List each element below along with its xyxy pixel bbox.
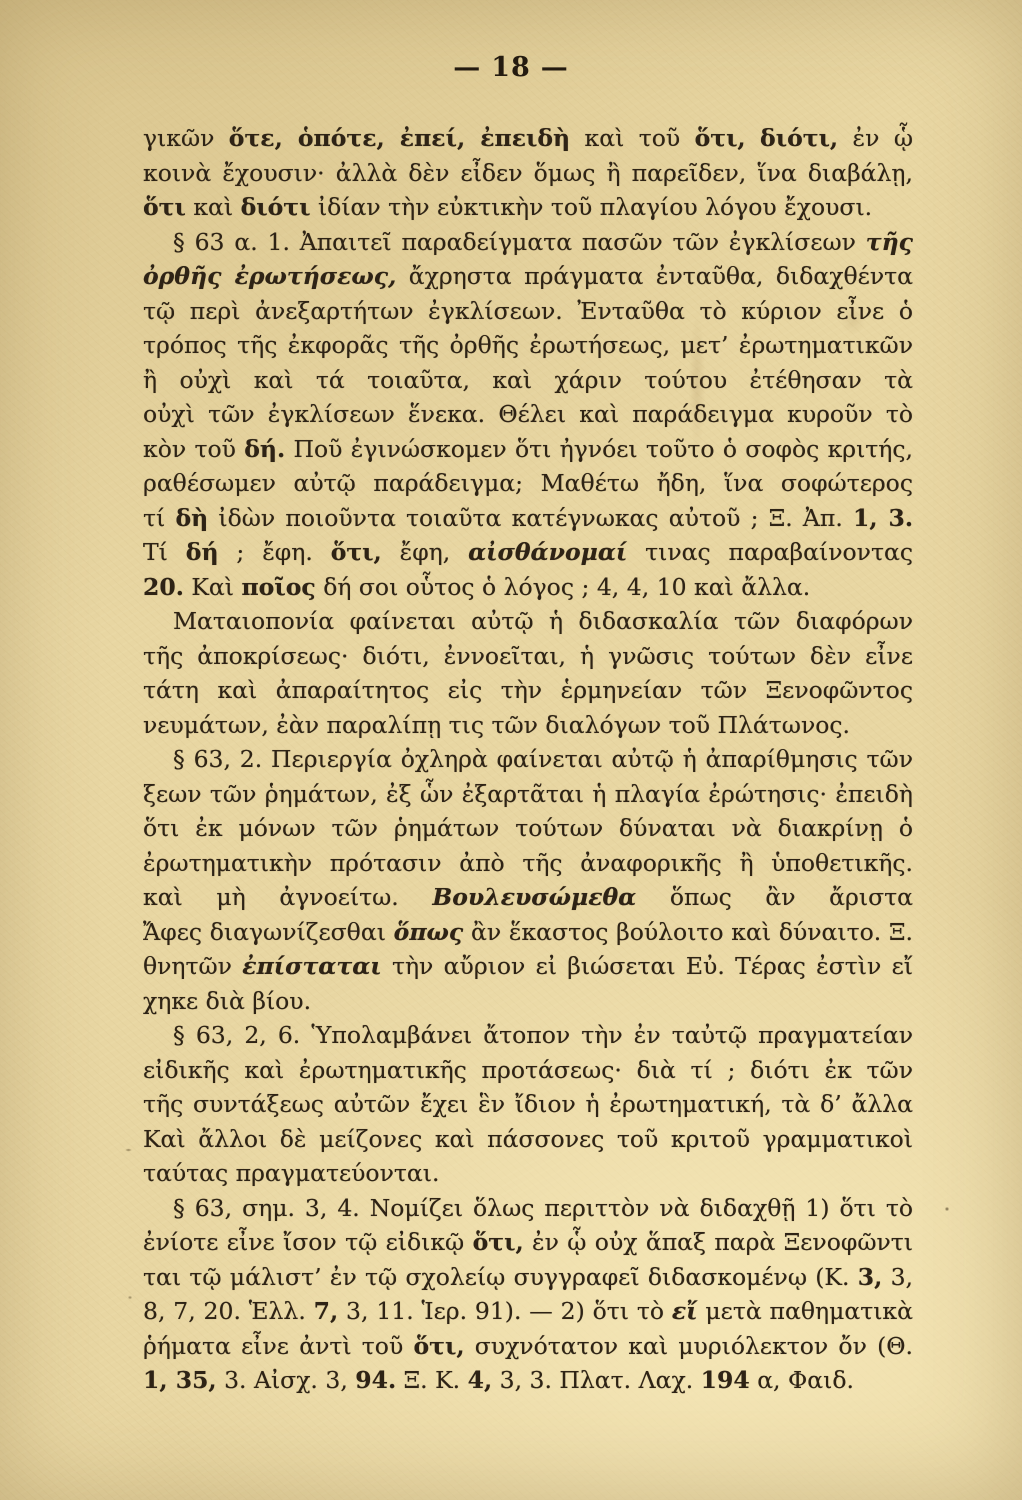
emphasized-text: αἰσθάνομαί [468,538,627,566]
emphasized-text: 94. [355,1366,396,1394]
text-line: 8, 7, 20. Ἑλλ. 7, 3, 11. Ἱερ. 91). — 2) … [143,1294,913,1329]
page-number: 18 [491,52,531,83]
text-line: ὅτι καὶ διότι ἰδίαν τὴν εὐκτικὴν τοῦ πλα… [143,190,913,225]
text-line: ὅτι ἐκ μόνων τῶν ῥημάτων τούτων δύναται … [143,811,913,846]
text-segment: καὶ μὴ ἀγνοείτω. [143,883,432,911]
text-line: § 63, σημ. 3, 4. Νομίζει ὅλως περιττὸν ν… [143,1191,913,1226]
text-line: Ἄφες διαγωνίζεσθαι ὅπως ἂν ἕκαστος βούλο… [143,915,913,950]
emphasized-text: ὅτι, [413,1332,464,1360]
text-segment: Ξ. Κ. [396,1366,467,1394]
text-line: Ματαιοπονία φαίνεται αὐτῷ ἡ διδασκαλία τ… [143,604,913,639]
text-line: νευμάτων, ἐὰν παραλίπῃ τις τῶν διαλόγων … [143,708,913,743]
text-segment: ἐνίοτε εἶνε ἴσον τῷ εἰδικῷ [143,1228,473,1256]
text-segment: ; ἔφη. [219,538,331,566]
text-segment: ται τῷ μάλιστ’ ἐν τῷ σχολείῳ συγγραφεῖ δ… [143,1263,858,1291]
text-segment: μετὰ παθηματικὰ [698,1297,913,1325]
paragraph: γικῶν ὅτε, ὁπότε, ἐπεί, ἐπειδὴ καὶ τοῦ ὅ… [143,121,913,225]
text-segment: δή σοι οὗτος ὁ λόγος ; 4, 4, 10 καὶ ἄλλα… [316,573,811,601]
text-segment: τάτη καὶ ἀπαραίτητος εἰς τὴν ἑρμηνείαν τ… [143,676,913,708]
emphasized-text: 4, [468,1366,493,1394]
text-segment: Ἄφες διαγωνίζεσθαι [143,918,394,946]
emphasized-text: εἴ [672,1297,698,1325]
text-line: ταύτας πραγματεύονται. [143,1156,913,1191]
text-segment: ὅτι ἐκ μόνων τῶν ῥημάτων τούτων δύναται … [143,814,913,846]
text-line: χηκε διὰ βίου. [143,984,913,1019]
text-segment: Τί [143,538,186,566]
text-segment: 3, [882,1263,913,1291]
emphasized-text: ὅτι [143,193,186,221]
text-segment: οὐχὶ τῶν ἐγκλίσεων ἕνεκα. Θέλει καὶ παρά… [143,400,913,432]
text-segment: ἰδίαν τὴν εὐκτικὴν τοῦ πλαγίου λόγου ἔχο… [310,193,872,221]
text-line: τί δὴ ἰδὼν ποιοῦντα τοιαῦτα κατέγνωκας α… [143,501,913,536]
emphasized-text: δή [186,538,219,566]
text-segment: τῆς συντάξεως αὐτῶν ἔχει ἓν ἴδιον ἡ ἐρωτ… [143,1090,913,1122]
emphasized-text: 194 [701,1366,750,1394]
emphasized-text: ποῖος [241,573,315,601]
book-page: —18— γικῶν ὅτε, ὁπότε, ἐπεί, ἐπειδὴ καὶ … [0,0,1022,1500]
text-segment: θνητῶν [143,952,242,980]
text-line: ἐνίοτε εἶνε ἴσον τῷ εἰδικῷ ὅτι, ἐν ᾧ οὐχ… [143,1225,913,1260]
text-segment: § 63, 2, 6. Ὑπολαμβάνει ἄτοπον τὴν ἐν τα… [143,1021,913,1053]
text-line: ραθέσωμεν αὐτῷ παράδειγμα; Μαθέτω ἤδη, ἵ… [143,466,913,501]
emphasized-text: ὀρθῆς ἐρωτήσεως, [143,262,396,290]
text-segment: τῆς ἀποκρίσεως· διότι, ἐννοεῖται, ἡ γνῶσ… [143,642,913,674]
text-line: ὀρθῆς ἐρωτήσεως, ἄχρηστα πράγματα ἐνταῦθ… [143,259,913,294]
ink-speck [944,1206,950,1212]
paragraph: § 63, 2, 6. Ὑπολαμβάνει ἄτοπον τὴν ἐν τα… [143,1018,913,1191]
emphasized-text: Βουλευσώμεθα [432,883,636,911]
ink-speck [127,1295,133,1300]
text-block: γικῶν ὅτε, ὁπότε, ἐπεί, ἐπειδὴ καὶ τοῦ ὅ… [143,121,913,1398]
emphasized-text: ἐπίσταται [242,952,381,980]
emphasized-text: διότι [241,193,311,221]
text-line: τῆς ἀποκρίσεως· διότι, ἐννοεῖται, ἡ γνῶσ… [143,639,913,674]
text-segment: χηκε διὰ βίου. [143,987,311,1015]
emphasized-text: ὅτι, [695,124,746,152]
text-line: ἢ οὐχὶ καὶ τά τοιαῦτα, καὶ χάριν τούτου … [143,363,913,398]
text-segment: § 63, 2. Περιεργία ὀχληρὰ φαίνεται αὐτῷ … [143,745,913,777]
text-segment: γικῶν [143,124,229,152]
emphasized-text: 1, 35, [143,1366,217,1394]
text-line: εἰδικῆς καὶ ἐρωτηματικῆς προτάσεως· διὰ … [143,1053,913,1088]
emphasized-text: 3, [858,1263,883,1291]
text-line: ξεων τῶν ῥημάτων, ἐξ ὧν ἐξαρτᾶται ἡ πλαγ… [143,777,913,812]
text-segment: ραθέσωμεν αὐτῷ παράδειγμα; Μαθέτω ἤδη, ἵ… [143,469,913,501]
paragraph: § 63, σημ. 3, 4. Νομίζει ὅλως περιττὸν ν… [143,1191,913,1398]
text-line: τάτη καὶ ἀπαραίτητος εἰς τὴν ἑρμηνείαν τ… [143,673,913,708]
text-segment: Ματαιοπονία φαίνεται αὐτῷ ἡ διδασκαλία τ… [143,607,913,639]
text-segment: Καὶ ἄλλοι δὲ μείζονες καὶ πάσσονες τοῦ κ… [143,1125,913,1157]
text-line: § 63, 2, 6. Ὑπολαμβάνει ἄτοπον τὴν ἐν τα… [143,1018,913,1053]
text-line: καὶ μὴ ἀγνοείτω. Βουλευσώμεθα ὅπως ἂν ἄρ… [143,880,913,915]
text-line: κὸν τοῦ δή. Ποῦ ἐγινώσκομεν ὅτι ἠγνόει τ… [143,432,913,467]
text-line: 1, 35, 3. Αἰσχ. 3, 94. Ξ. Κ. 4, 3, 3. Πλ… [143,1363,913,1398]
text-line: γικῶν ὅτε, ὁπότε, ἐπεί, ἐπειδὴ καὶ τοῦ ὅ… [143,121,913,156]
text-line: τῷ περὶ ἀνεξαρτήτων ἐγκλίσεων. Ἐνταῦθα τ… [143,294,913,329]
text-line: Τί δή ; ἔφη. ὅτι, ἔφη, αἰσθάνομαί τινας … [143,535,913,570]
text-line: ῥήματα εἶνε ἀντὶ τοῦ ὅτι, συχνότατον καὶ… [143,1329,913,1364]
text-line: ται τῷ μάλιστ’ ἐν τῷ σχολείῳ συγγραφεῖ δ… [143,1260,913,1295]
text-segment: εἰδικῆς καὶ ἐρωτηματικῆς προτάσεως· διὰ … [143,1056,913,1088]
text-segment: ῥήματα εἶνε ἀντὶ τοῦ [143,1332,413,1360]
text-segment: ἔφη, [382,538,468,566]
text-segment: ταύτας πραγματεύονται. [143,1159,439,1187]
text-segment: ξεων τῶν ῥημάτων, ἐξ ὧν ἐξαρτᾶται ἡ πλαγ… [143,780,913,812]
emphasized-text: 7, [314,1297,339,1325]
header-dash-left: — [443,52,491,83]
emphasized-text: ὅτι, [473,1228,524,1256]
text-line: τρόπος τῆς ἐκφορᾶς τῆς ὀρθῆς ἐρωτήσεως, … [143,328,913,363]
text-segment: κοινὰ ἔχουσιν· ἀλλὰ δὲν εἶδεν ὅμως ἢ παρ… [143,159,913,187]
ink-speck [124,1148,133,1152]
emphasized-text: τῆς [866,228,913,256]
text-segment: 3. Αἰσχ. 3, [217,1366,356,1394]
text-segment [746,124,760,152]
text-segment: κὸν τοῦ [143,435,244,463]
text-segment: καὶ τοῦ [570,124,694,152]
text-segment: α, Φαιδ. [750,1366,854,1394]
text-segment: συχνότατον καὶ μυριόλεκτον ὄν (Θ. [465,1332,913,1360]
header-dash-right: — [531,52,579,83]
paragraph: Ματαιοπονία φαίνεται αὐτῷ ἡ διδασκαλία τ… [143,604,913,742]
text-segment: ἢ οὐχὶ καὶ τά τοιαῦτα, καὶ χάριν τούτου … [143,366,913,398]
text-line: τῆς συντάξεως αὐτῶν ἔχει ἓν ἴδιον ἡ ἐρωτ… [143,1087,913,1122]
text-line: θνητῶν ἐπίσταται τὴν αὔριον εἰ βιώσεται … [143,949,913,984]
page-header: —18— [0,52,1022,83]
text-line: ἐρωτηματικὴν πρότασιν ἀπὸ τῆς ἀναφορικῆς… [143,846,913,881]
emphasized-text: δή. [244,435,285,463]
text-segment: 3, 3. Πλατ. Λαχ. [492,1366,700,1394]
text-line: κοινὰ ἔχουσιν· ἀλλὰ δὲν εἶδεν ὅμως ἢ παρ… [143,156,913,191]
text-segment: νευμάτων, ἐὰν παραλίπῃ τις τῶν διαλόγων … [143,711,850,739]
text-segment: καὶ [186,193,241,221]
text-segment: Καὶ [184,573,242,601]
emphasized-text: δὴ [175,504,208,532]
text-line: § 63, 2. Περιεργία ὀχληρὰ φαίνεται αὐτῷ … [143,742,913,777]
text-line: Καὶ ἄλλοι δὲ μείζονες καὶ πάσσονες τοῦ κ… [143,1122,913,1157]
text-segment: τῷ περὶ ἀνεξαρτήτων ἐγκλίσεων. Ἐνταῦθα τ… [143,297,913,329]
text-segment: 8, 7, 20. Ἑλλ. [143,1297,314,1325]
paragraph: § 63 α. 1. Ἀπαιτεῖ παραδείγματα πασῶν τῶ… [143,225,913,605]
emphasized-text: ὅπως [394,918,464,946]
emphasized-text: ὅτε, ὁπότε, ἐπεί, ἐπειδὴ [229,124,570,152]
text-line: 20. Καὶ ποῖος δή σοι οὗτος ὁ λόγος ; 4, … [143,570,913,605]
text-segment: ἰδὼν ποιοῦντα τοιαῦτα κατέγνωκας αὐτοῦ ;… [208,504,853,532]
emphasized-text: ὅτι, [331,538,382,566]
text-line: § 63 α. 1. Ἀπαιτεῖ παραδείγματα πασῶν τῶ… [143,225,913,260]
text-segment: § 63 α. 1. Ἀπαιτεῖ παραδείγματα πασῶν τῶ… [173,228,866,256]
paragraph: § 63, 2. Περιεργία ὀχληρὰ φαίνεται αὐτῷ … [143,742,913,1018]
emphasized-text: 20. [143,573,184,601]
text-segment: 3, 11. Ἱερ. 91). — 2) ὅτι τὸ [338,1297,672,1325]
text-segment: τί [143,504,175,532]
emphasized-text: διότι, [760,124,838,152]
text-segment: § 63, σημ. 3, 4. Νομίζει ὅλως περιττὸν ν… [173,1194,913,1222]
text-segment: ἐρωτηματικὴν πρότασιν ἀπὸ τῆς ἀναφορικῆς… [143,849,913,881]
text-line: οὐχὶ τῶν ἐγκλίσεων ἕνεκα. Θέλει καὶ παρά… [143,397,913,432]
text-segment: τρόπος τῆς ἐκφορᾶς τῆς ὀρθῆς ἐρωτήσεως, … [143,331,913,363]
